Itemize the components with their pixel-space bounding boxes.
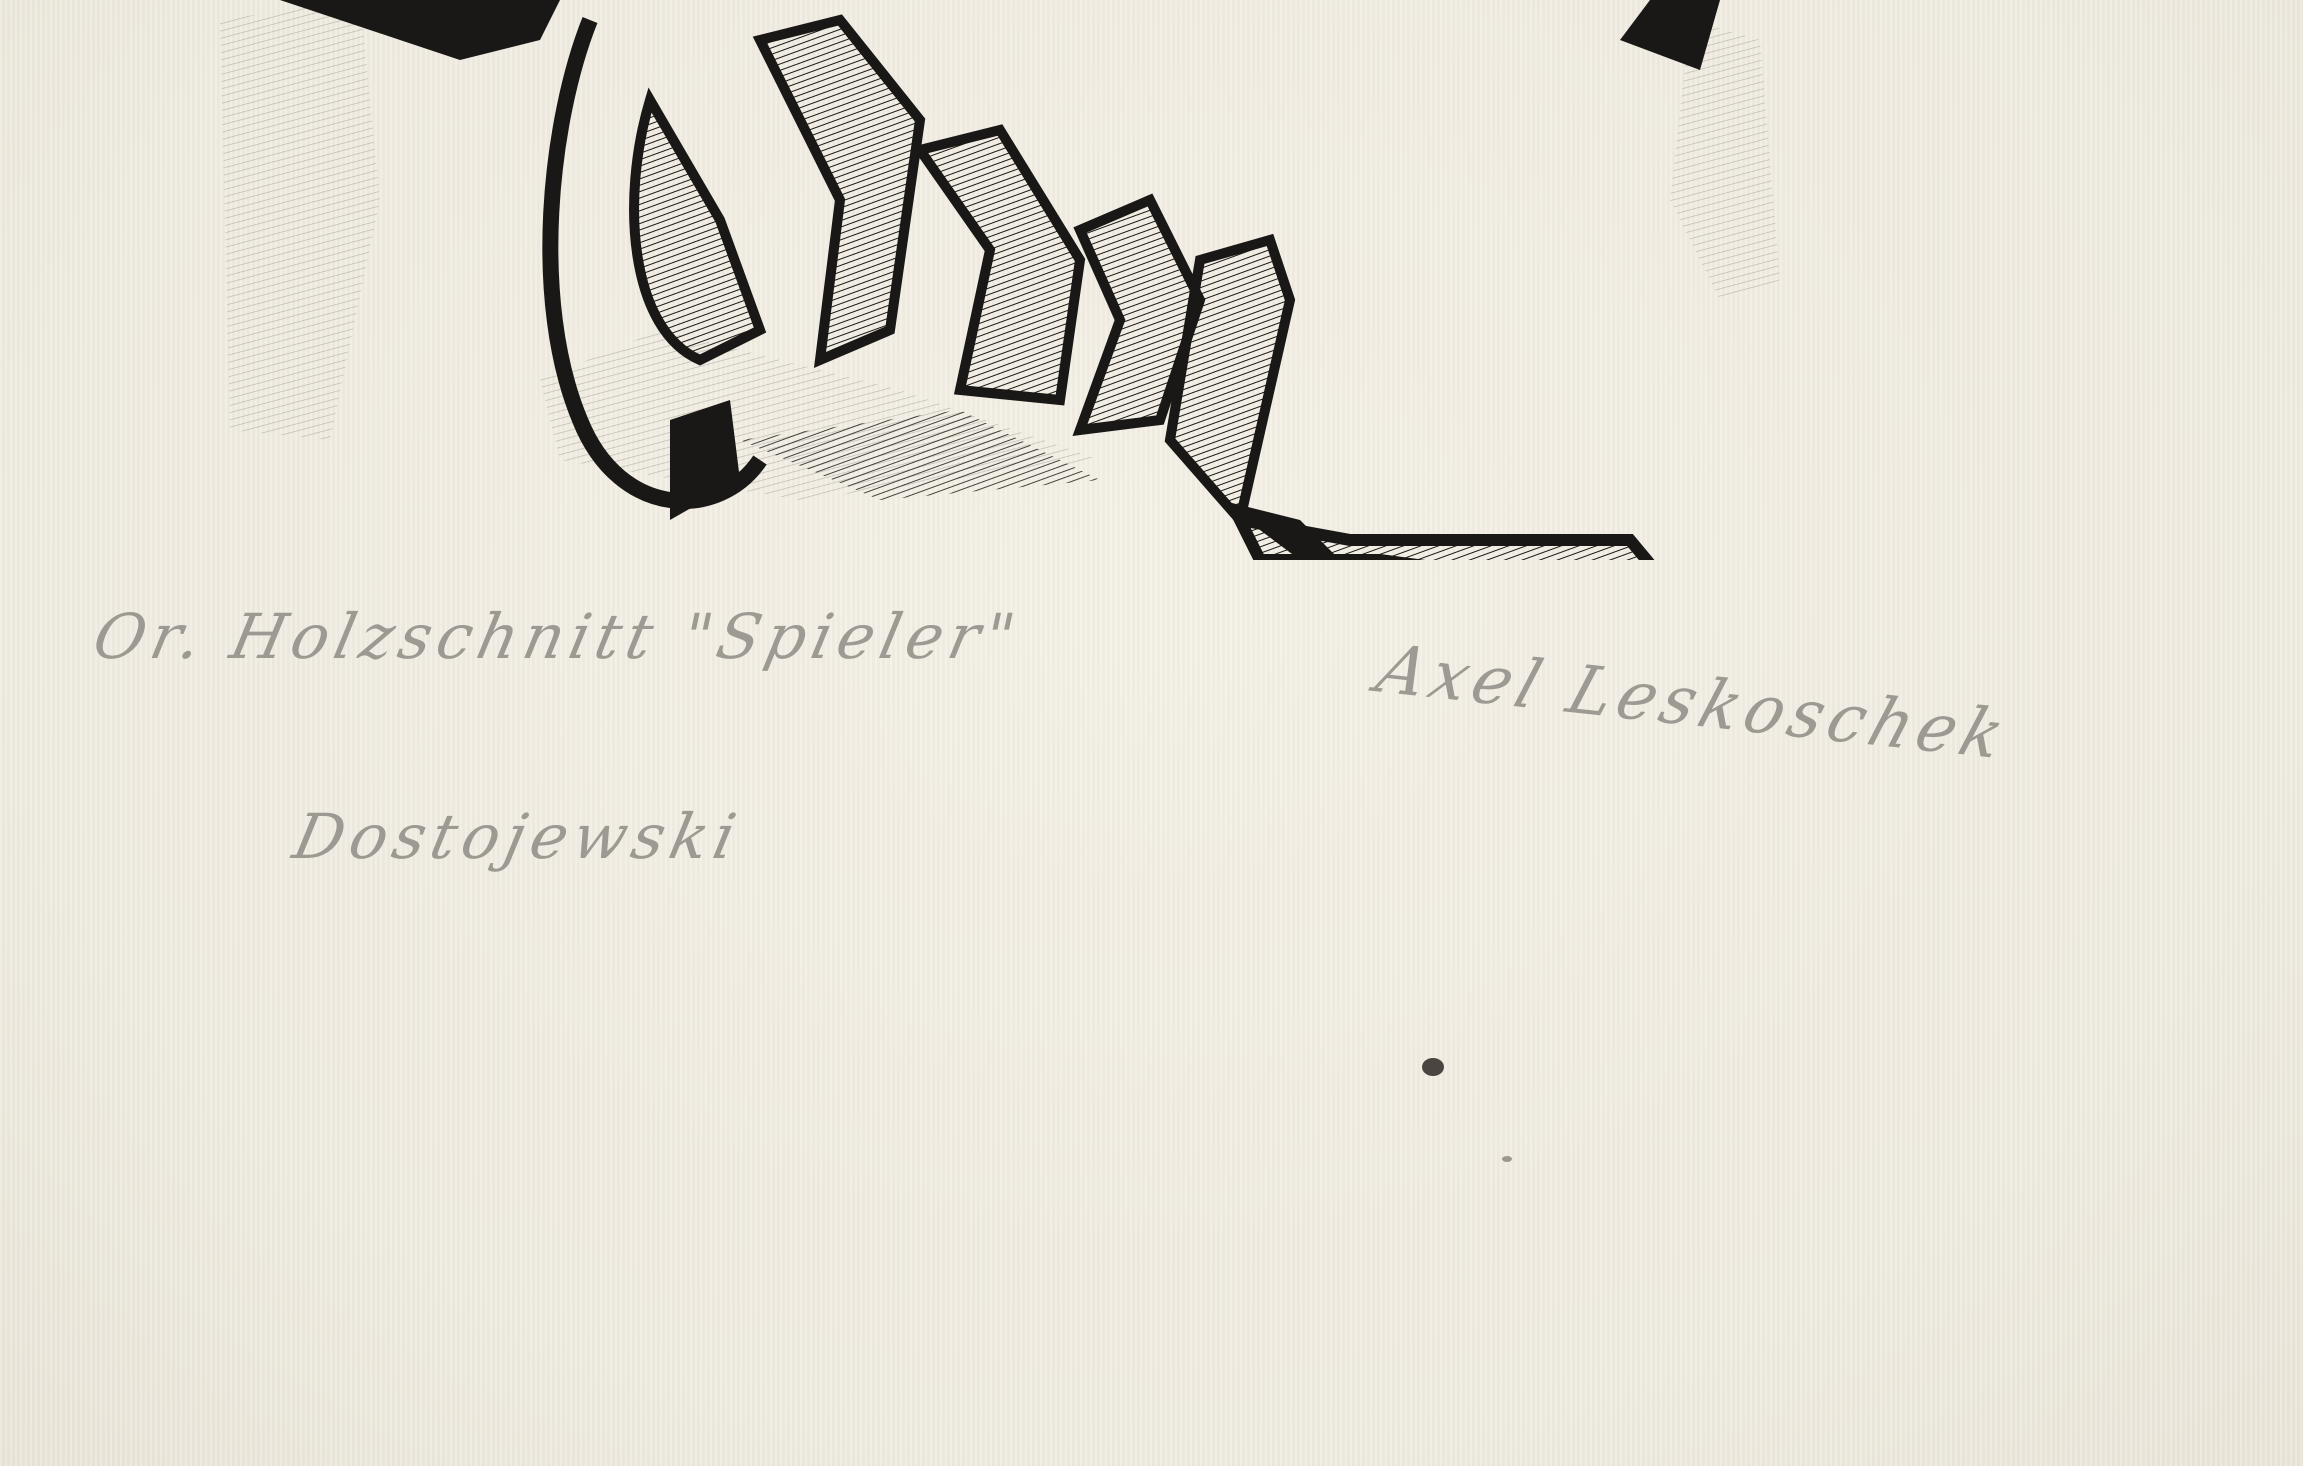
woodcut-print [200, 0, 1900, 560]
inscription-line-2: Dostojewski [287, 800, 748, 873]
ink-speck [1502, 1156, 1512, 1162]
ink-spot [1422, 1058, 1444, 1076]
inscription-line-1: Or. Holzschnitt "Spieler" [87, 600, 1027, 673]
